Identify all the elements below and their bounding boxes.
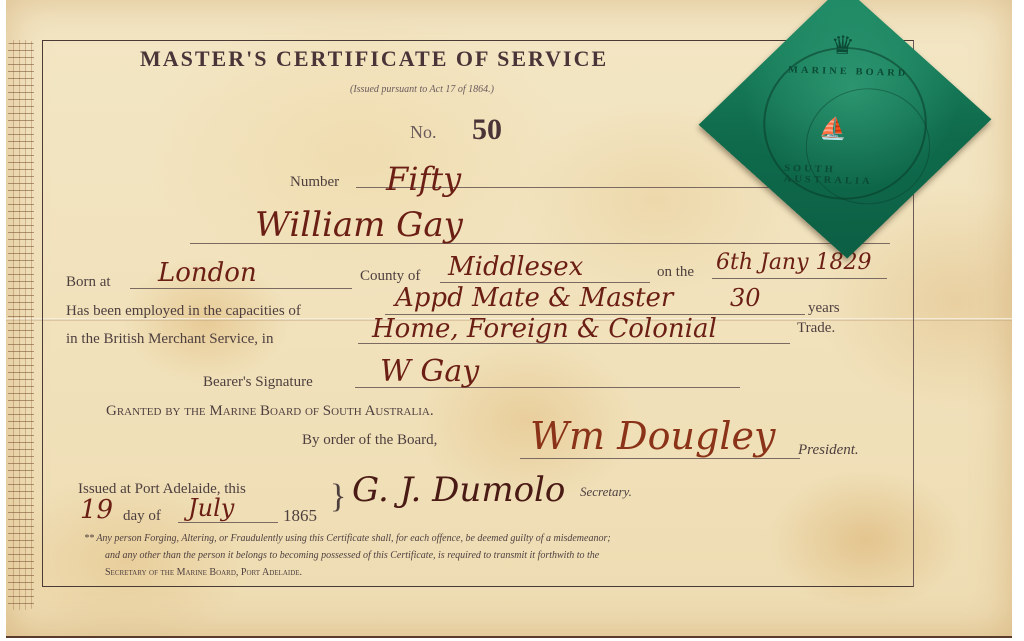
trade-label: Trade. [797, 320, 835, 337]
issued-day-handwritten: 19 [80, 495, 113, 525]
issued-year: 1865 [283, 506, 317, 526]
certificate-no-label: No. [410, 122, 437, 143]
president-label: President. [798, 442, 859, 459]
number-label: Number [290, 174, 339, 191]
ship-emblem-icon: ⛵ [818, 116, 847, 142]
secretary-signature: G. J. Dumolo [352, 470, 565, 510]
born-at-handwritten: London [158, 258, 257, 288]
county-handwritten: Middlesex [448, 252, 583, 282]
service-label: in the British Merchant Service, in [66, 331, 273, 348]
number-handwritten: Fifty [386, 160, 461, 198]
employed-label: Has been employed in the capacities of [66, 303, 301, 320]
secretary-label: Secretary. [580, 484, 632, 500]
issued-month-handwritten: July [188, 494, 234, 522]
footer-notice-line1: ** Any person Forging, Altering, or Frau… [84, 533, 611, 544]
footer-notice-line2: and any other than the person it belongs… [105, 550, 599, 561]
years-handwritten: 30 [730, 284, 761, 312]
guilloche-border-pattern [8, 40, 34, 610]
president-signature-line [520, 458, 800, 459]
born-at-label: Born at [66, 274, 111, 291]
issued-month-line [178, 522, 278, 523]
name-handwritten: William Gay [255, 205, 463, 245]
footer-notice-line3: Secretary of the Marine Board, Port Adel… [105, 567, 302, 578]
capacities-handwritten: Appd Mate & Master [395, 283, 673, 313]
birth-date-line [712, 278, 887, 279]
certificate-subtitle: (Issued pursuant to Act 17 of 1864.) [350, 84, 494, 95]
brace-glyph: } [330, 478, 346, 516]
born-at-line [130, 288, 352, 289]
seal-top-text: MARINE BOARD [788, 65, 909, 79]
years-label: years [808, 300, 840, 317]
granted-by-text: Granted by the Marine Board of South Aus… [106, 403, 434, 420]
trade-handwritten: Home, Foreign & Colonial [372, 314, 717, 344]
day-of-label: day of [123, 508, 161, 525]
certificate-no-value: 50 [472, 113, 502, 147]
on-the-label: on the [657, 264, 694, 281]
certificate-title: MASTER'S CERTIFICATE OF SERVICE [140, 46, 608, 72]
president-signature: Wm Dougley [530, 414, 775, 458]
bearer-signature-handwritten: W Gay [380, 354, 479, 389]
seal-outer-ring: ♛ MARINE BOARD SOUTH AUSTRALIA ⛵ [760, 45, 930, 202]
crown-icon: ♛ [830, 31, 855, 61]
bearer-signature-label: Bearer's Signature [203, 374, 313, 391]
by-order-text: By order of the Board, [302, 432, 437, 449]
seal-bottom-text: SOUTH AUSTRALIA [784, 163, 924, 188]
